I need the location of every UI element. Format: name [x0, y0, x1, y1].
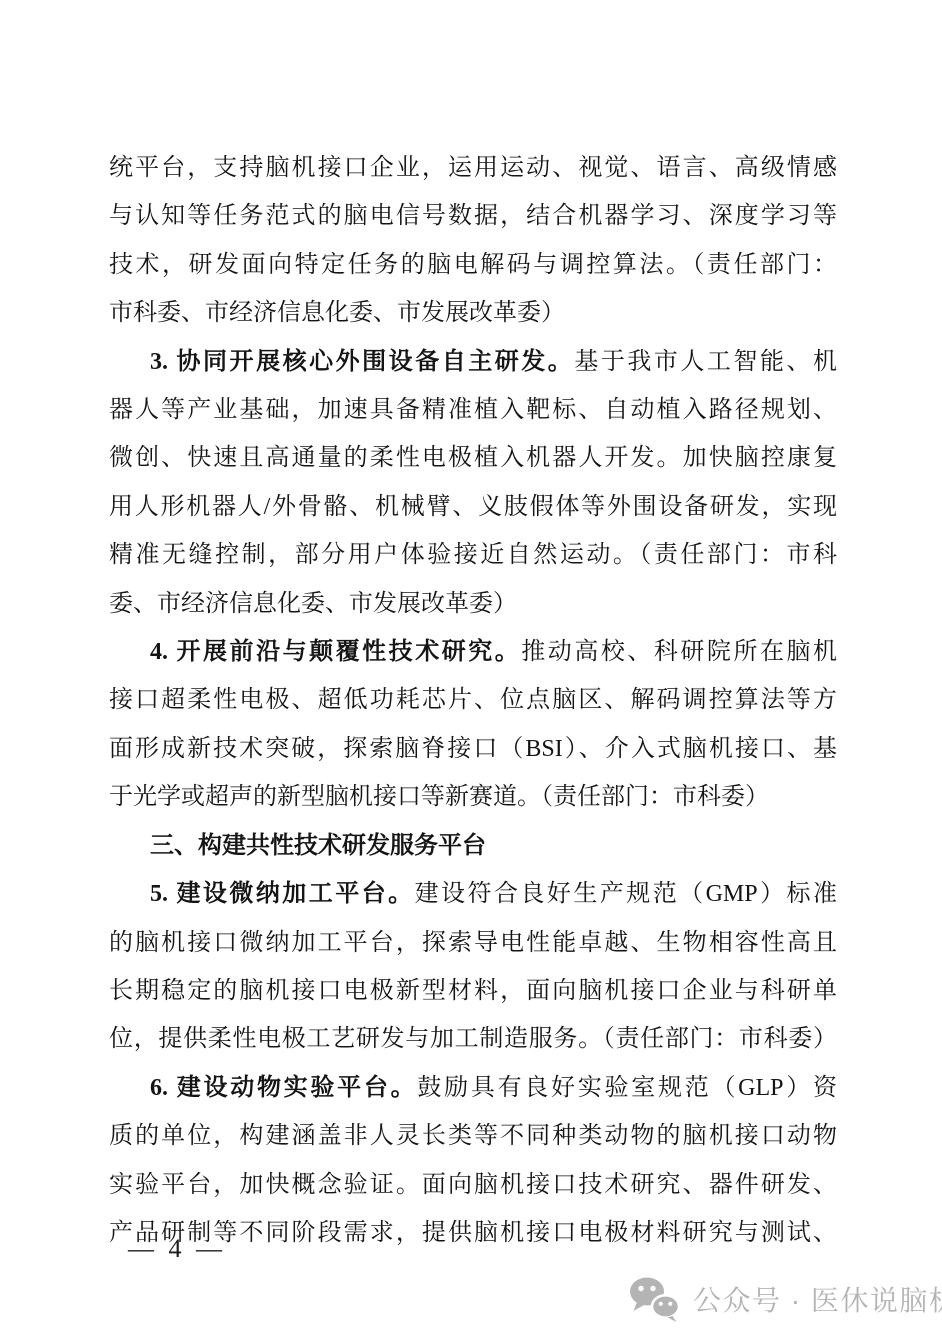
text-segment: 与认知等任务范式的脑电信号数据，结合机器学习、深度学习等: [109, 203, 837, 229]
page-number: — 4 —: [128, 1234, 226, 1264]
text-segment: 基于我市人工智能、机: [574, 349, 837, 375]
text-line: 4. 开展前沿与颠覆性技术研究。推动高校、科研院所在脑机: [109, 628, 837, 676]
text-line: 5. 建设微纳加工平台。建设符合良好生产规范（GMP）标准: [109, 870, 837, 918]
text-segment: 统平台，支持脑机接口企业，运用运动、视觉、语言、高级情感: [109, 155, 837, 181]
text-line: 市科委、市经济信息化委、市发展改革委）: [109, 289, 837, 337]
text-segment: 用人形机器人/外骨骼、机械臂、义肢假体等外围设备研发，实现: [109, 494, 837, 520]
text-segment: 器人等产业基础，加速具备精准植入靶标、自动植入路径规划、: [109, 397, 837, 423]
text-line: 微创、快速且高通量的柔性电极植入机器人开发。加快脑控康复: [109, 434, 837, 482]
watermark-label: 公众号 · 医休说脑机: [693, 1279, 942, 1319]
text-segment-bold: 5. 建设微纳加工平台。: [150, 881, 415, 907]
document-page: 统平台，支持脑机接口企业，运用运动、视觉、语言、高级情感与认知等任务范式的脑电信…: [0, 0, 942, 1336]
text-line: 6. 建设动物实验平台。鼓励具有良好实验室规范（GLP）资: [109, 1064, 837, 1112]
text-line: 器人等产业基础，加速具备精准植入靶标、自动植入路径规划、: [109, 386, 837, 434]
text-segment: 位，提供柔性电极工艺研发与加工制造服务。（责任部门：市科委）: [109, 1026, 837, 1052]
text-line: 用人形机器人/外骨骼、机械臂、义肢假体等外围设备研发，实现: [109, 483, 837, 531]
text-segment: 面形成新技术突破，探索脑脊接口（BSI）、介入式脑机接口、基: [109, 736, 837, 762]
text-segment: 微创、快速且高通量的柔性电极植入机器人开发。加快脑控康复: [109, 445, 837, 471]
text-line: 接口超柔性电极、超低功耗芯片、位点脑区、解码调控算法等方: [109, 676, 837, 724]
text-segment: 的脑机接口微纳加工平台，探索导电性能卓越、生物相容性高且: [109, 930, 837, 956]
text-line: 委、市经济信息化委、市发展改革委）: [109, 580, 837, 628]
text-segment-bold: 3. 协同开展核心外围设备自主研发。: [150, 349, 574, 375]
text-segment: 质的单位，构建涵盖非人灵长类等不同种类动物的脑机接口动物: [109, 1123, 837, 1149]
text-segment: 市科委、市经济信息化委、市发展改革委）: [109, 300, 565, 326]
text-segment: 精准无缝控制，部分用户体验接近自然运动。（责任部门：市科: [109, 542, 837, 568]
wechat-icon: [628, 1276, 680, 1322]
text-line: 面形成新技术突破，探索脑脊接口（BSI）、介入式脑机接口、基: [109, 725, 837, 773]
text-segment: 建设符合良好生产规范（GMP）标准: [415, 881, 837, 907]
text-line: 与认知等任务范式的脑电信号数据，结合机器学习、深度学习等: [109, 192, 837, 240]
text-segment: 长期稳定的脑机接口电极新型材料，面向脑机接口企业与科研单: [109, 978, 837, 1004]
text-line: 的脑机接口微纳加工平台，探索导电性能卓越、生物相容性高且: [109, 919, 837, 967]
text-segment: 接口超柔性电极、超低功耗芯片、位点脑区、解码调控算法等方: [109, 687, 837, 713]
text-line: 统平台，支持脑机接口企业，运用运动、视觉、语言、高级情感: [109, 144, 837, 192]
text-line: 3. 协同开展核心外围设备自主研发。基于我市人工智能、机: [109, 338, 837, 386]
watermark: 公众号 · 医休说脑机: [628, 1276, 942, 1322]
text-segment-bold: 4. 开展前沿与颠覆性技术研究。: [150, 639, 521, 665]
text-line: 三、构建共性技术研发服务平台: [109, 822, 837, 870]
text-segment: 实验平台，加快概念验证。面向脑机接口技术研究、器件研发、: [109, 1172, 837, 1198]
text-line: 质的单位，构建涵盖非人灵长类等不同种类动物的脑机接口动物: [109, 1112, 837, 1160]
text-segment-bold: 三、构建共性技术研发服务平台: [150, 833, 486, 859]
text-line: 实验平台，加快概念验证。面向脑机接口技术研究、器件研发、: [109, 1161, 837, 1209]
text-line: 技术，研发面向特定任务的脑电解码与调控算法。（责任部门：: [109, 241, 837, 289]
text-line: 长期稳定的脑机接口电极新型材料，面向脑机接口企业与科研单: [109, 967, 837, 1015]
text-segment: 推动高校、科研院所在脑机: [521, 639, 837, 665]
document-body: 统平台，支持脑机接口企业，运用运动、视觉、语言、高级情感与认知等任务范式的脑电信…: [109, 144, 837, 1257]
text-line: 精准无缝控制，部分用户体验接近自然运动。（责任部门：市科: [109, 531, 837, 579]
text-line: 位，提供柔性电极工艺研发与加工制造服务。（责任部门：市科委）: [109, 1015, 837, 1063]
text-segment: 于光学或超声的新型脑机接口等新赛道。（责任部门：市科委）: [109, 784, 769, 810]
text-line: 于光学或超声的新型脑机接口等新赛道。（责任部门：市科委）: [109, 773, 837, 821]
text-segment: 委、市经济信息化委、市发展改革委）: [109, 591, 517, 617]
text-segment: 技术，研发面向特定任务的脑电解码与调控算法。（责任部门：: [109, 252, 837, 278]
text-segment-bold: 6. 建设动物实验平台。: [150, 1075, 417, 1101]
text-segment: 鼓励具有良好实验室规范（GLP）资: [417, 1075, 837, 1101]
